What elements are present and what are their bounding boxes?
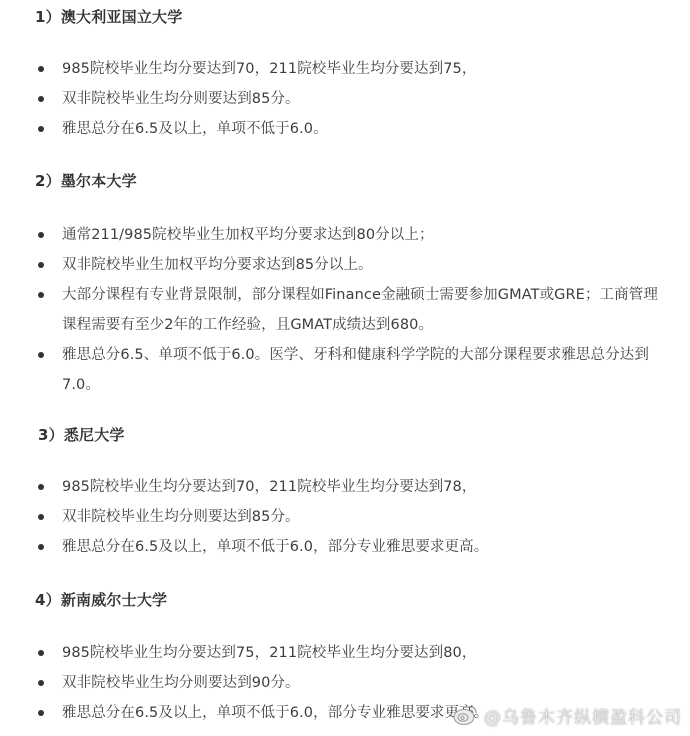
list-item: 大部分课程有专业背景限制，部分课程如Finance金融硕士需要参加GMAT或GR… (0, 280, 690, 340)
list-item: 雅思总分6.5、单项不低于6.0。医学、牙科和健康科学学院的大部分课程要求雅思总… (0, 340, 690, 400)
list-item: 双非院校毕业生均分则要达到85分。 (0, 84, 690, 114)
bullet-list-melbourne: 通常211/985院校毕业生加权平均分要求达到80分以上； 双非院校毕业生加权平… (0, 220, 690, 400)
list-item: 雅思总分在6.5及以上，单项不低于6.0。 (0, 114, 690, 144)
list-item: 雅思总分在6.5及以上，单项不低于6.0，部分专业雅思要求更高。 (0, 532, 690, 562)
section-title-melbourne: 2）墨尔本大学 (35, 170, 137, 191)
bullet-icon (38, 710, 44, 716)
bullet-icon (38, 96, 44, 102)
bullet-icon (38, 292, 44, 298)
bullet-list-anu: 985院校毕业生均分要达到70，211院校毕业生均分要达到75， 双非院校毕业生… (0, 54, 690, 144)
list-item: 双非院校毕业生加权平均分要求达到85分以上。 (0, 250, 690, 280)
weibo-icon (452, 704, 478, 726)
bullet-icon (38, 650, 44, 656)
list-item: 双非院校毕业生均分则要达到85分。 (0, 502, 690, 532)
section-title-sydney: 3）悉尼大学 (38, 424, 125, 445)
list-item: 通常211/985院校毕业生加权平均分要求达到80分以上； (0, 220, 690, 250)
bullet-icon (38, 514, 44, 520)
section-title-unsw: 4）新南威尔士大学 (35, 589, 167, 610)
bullet-icon (38, 66, 44, 72)
list-item: 双非院校毕业生均分则要达到90分。 (0, 668, 690, 698)
watermark-text: @乌鲁木齐纵横盈科公司 (484, 703, 682, 728)
bullet-icon (38, 232, 44, 238)
list-item: 985院校毕业生均分要达到75，211院校毕业生均分要达到80， (0, 638, 690, 668)
section-title-anu: 1）澳大利亚国立大学 (35, 6, 182, 27)
bullet-icon (38, 680, 44, 686)
list-item: 985院校毕业生均分要达到70，211院校毕业生均分要达到75， (0, 54, 690, 84)
bullet-icon (38, 262, 44, 268)
bullet-icon (38, 484, 44, 490)
list-item: 985院校毕业生均分要达到70，211院校毕业生均分要达到78， (0, 472, 690, 502)
bullet-icon (38, 126, 44, 132)
bullet-icon (38, 352, 44, 358)
bullet-icon (38, 544, 44, 550)
bullet-list-sydney: 985院校毕业生均分要达到70，211院校毕业生均分要达到78， 双非院校毕业生… (0, 472, 690, 562)
watermark: @乌鲁木齐纵横盈科公司 (452, 700, 682, 730)
